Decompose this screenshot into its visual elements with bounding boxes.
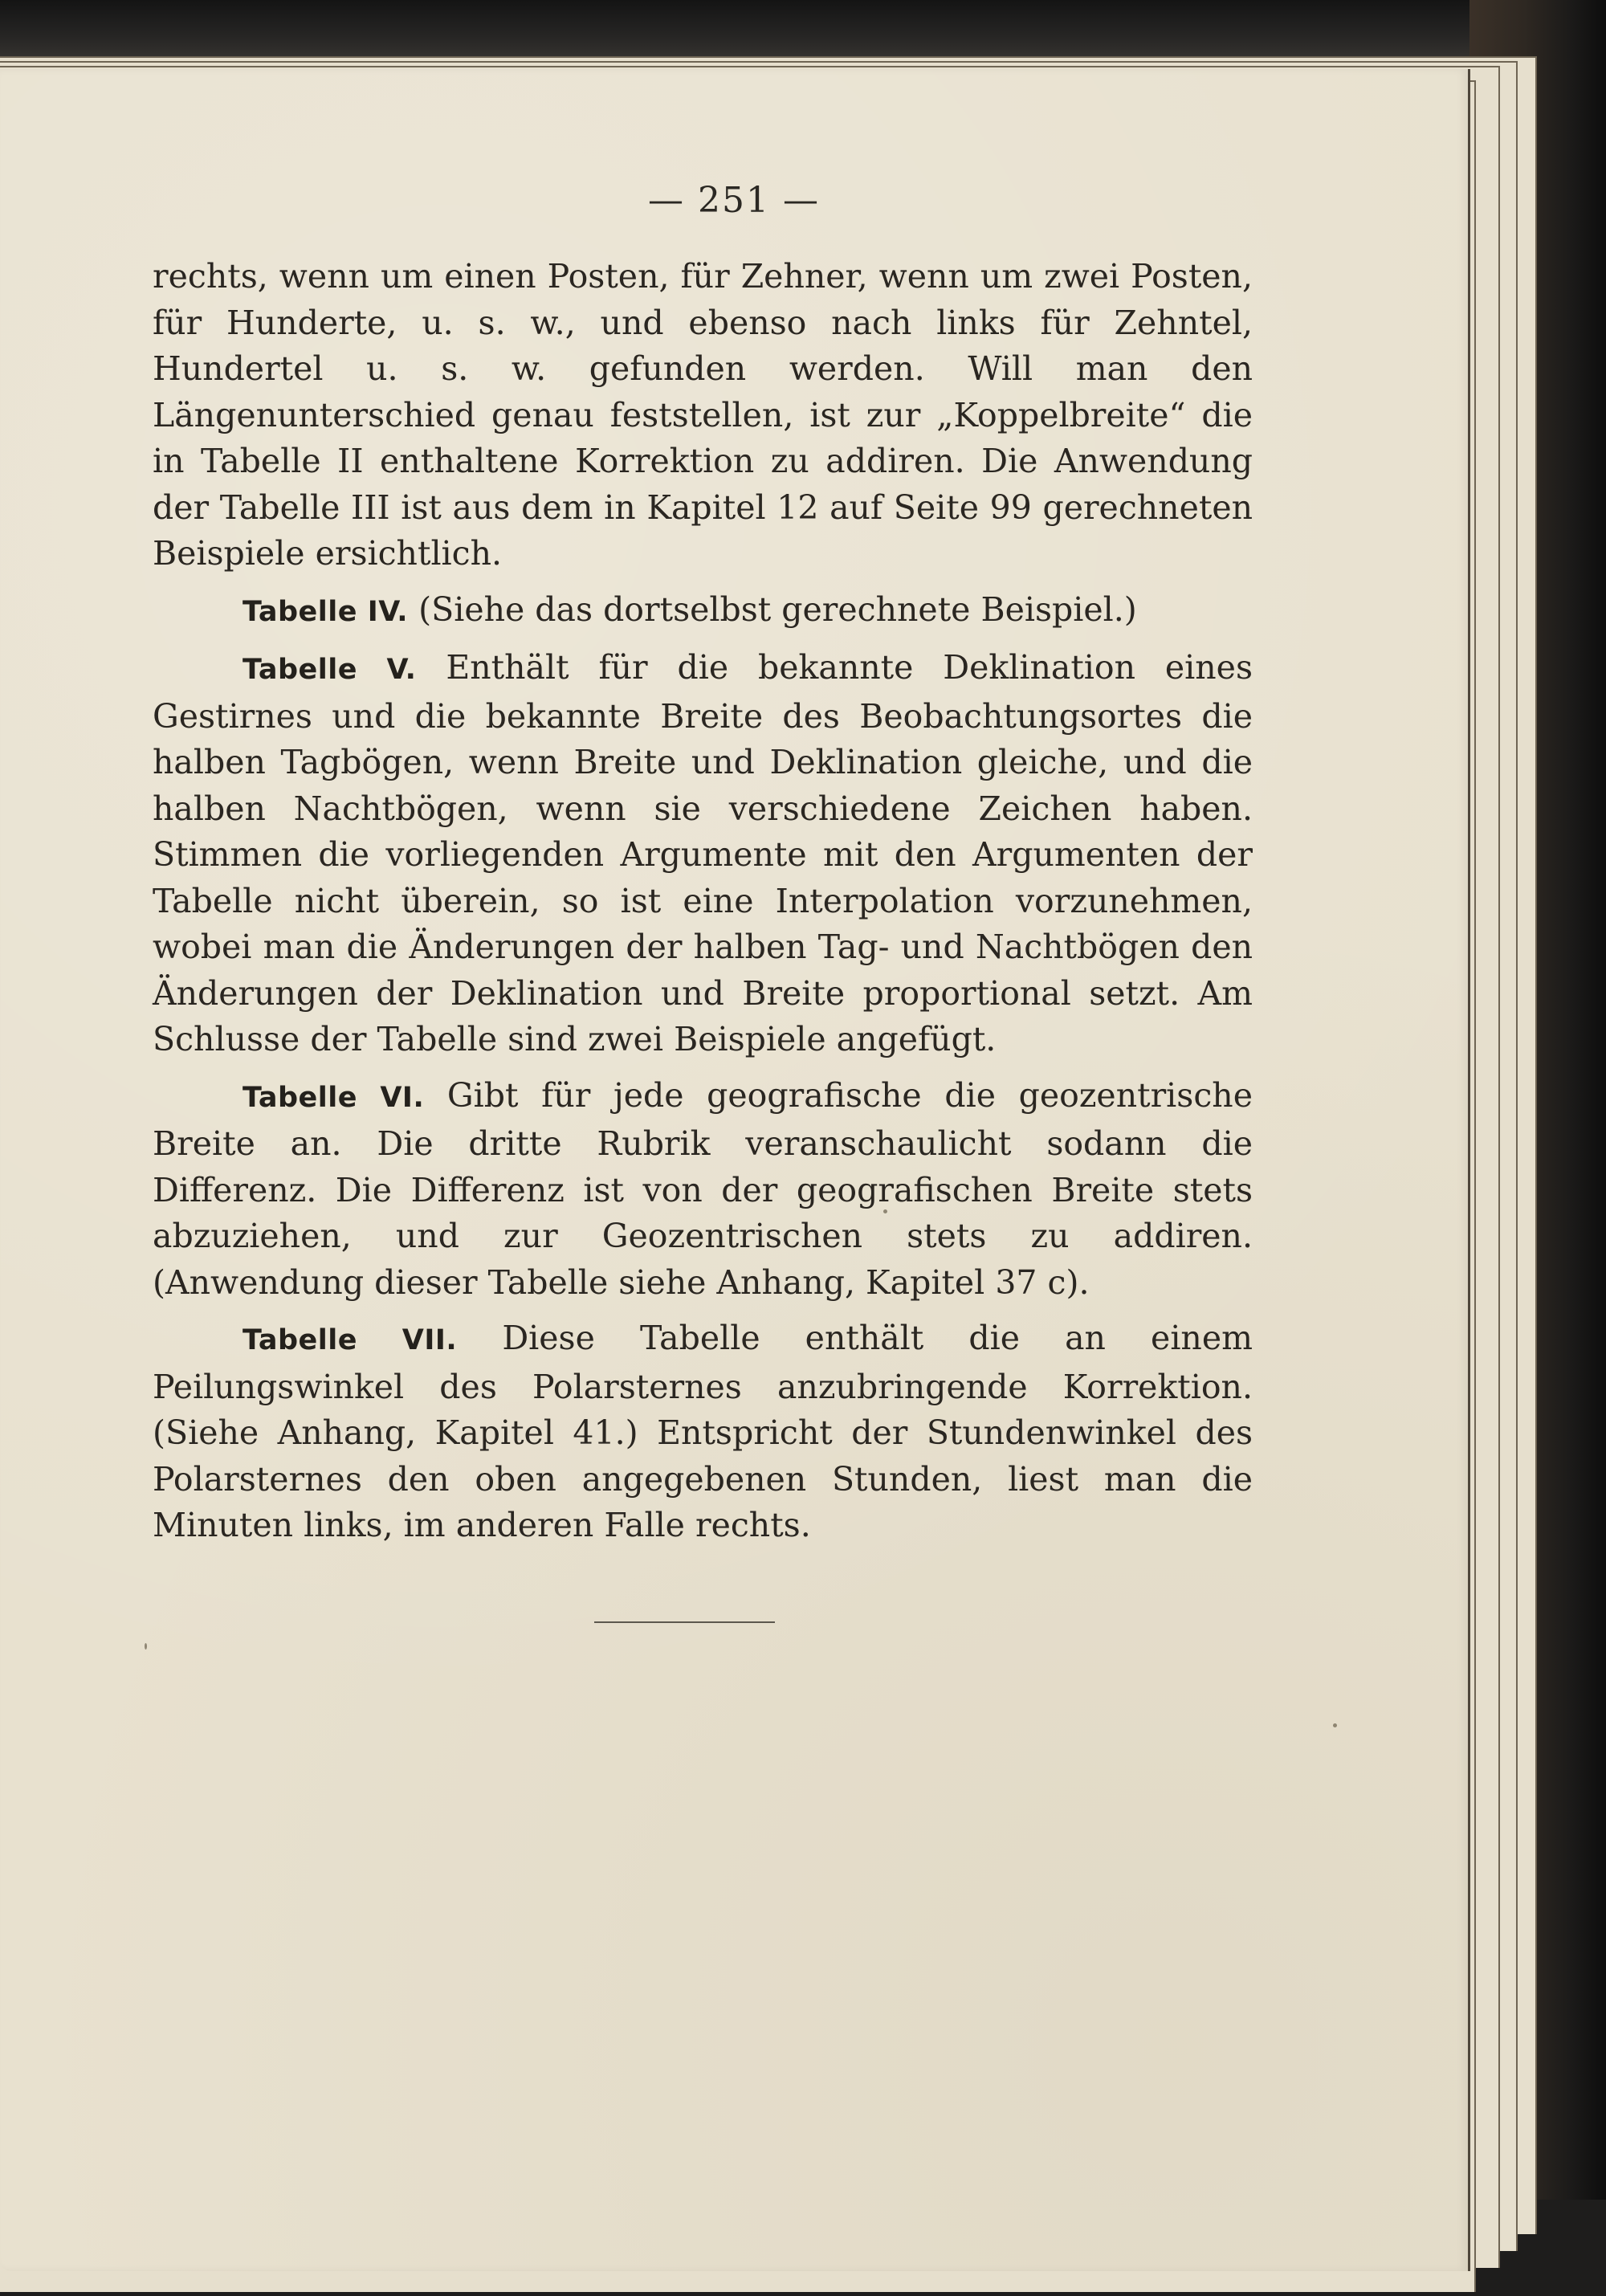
paragraph-continuation: rechts, wenn um einen Posten, für Zehner… xyxy=(153,254,1253,577)
paragraph-text: Enthält für die bekannte Deklination ein… xyxy=(153,648,1253,1058)
paragraph-text: (Siehe das dortselbst gerechnete Beispie… xyxy=(418,590,1137,629)
paragraph-text: rechts, wenn um einen Posten, für Zehner… xyxy=(153,257,1253,573)
paragraph-tabelle-v: Tabelle V. Enthält für die bekannte Dekl… xyxy=(153,645,1253,1063)
paragraph-tabelle-vi: Tabelle VI. Gibt für jede geografische d… xyxy=(153,1073,1253,1307)
section-end-rule xyxy=(594,1621,775,1623)
page-number: — 251 — xyxy=(0,180,1468,221)
paragraph-lead: Tabelle VI. xyxy=(243,1082,424,1114)
paper-speck xyxy=(145,1643,147,1650)
paragraph-lead: Tabelle V. xyxy=(243,654,416,686)
paper-speck xyxy=(883,1209,887,1213)
paragraph-lead: Tabelle IV. xyxy=(243,596,408,628)
paragraph-tabelle-vii: Tabelle VII. Diese Tabelle enthält die a… xyxy=(153,1315,1253,1549)
paper-speck xyxy=(1333,1723,1337,1727)
body-text: rechts, wenn um einen Posten, für Zehner… xyxy=(153,254,1253,1559)
paragraph-lead: Tabelle VII. xyxy=(243,1324,457,1356)
book-page: — 251 — rechts, wenn um einen Posten, fü… xyxy=(0,69,1470,2271)
paragraph-tabelle-iv: Tabelle IV. (Siehe das dortselbst gerech… xyxy=(153,587,1253,636)
